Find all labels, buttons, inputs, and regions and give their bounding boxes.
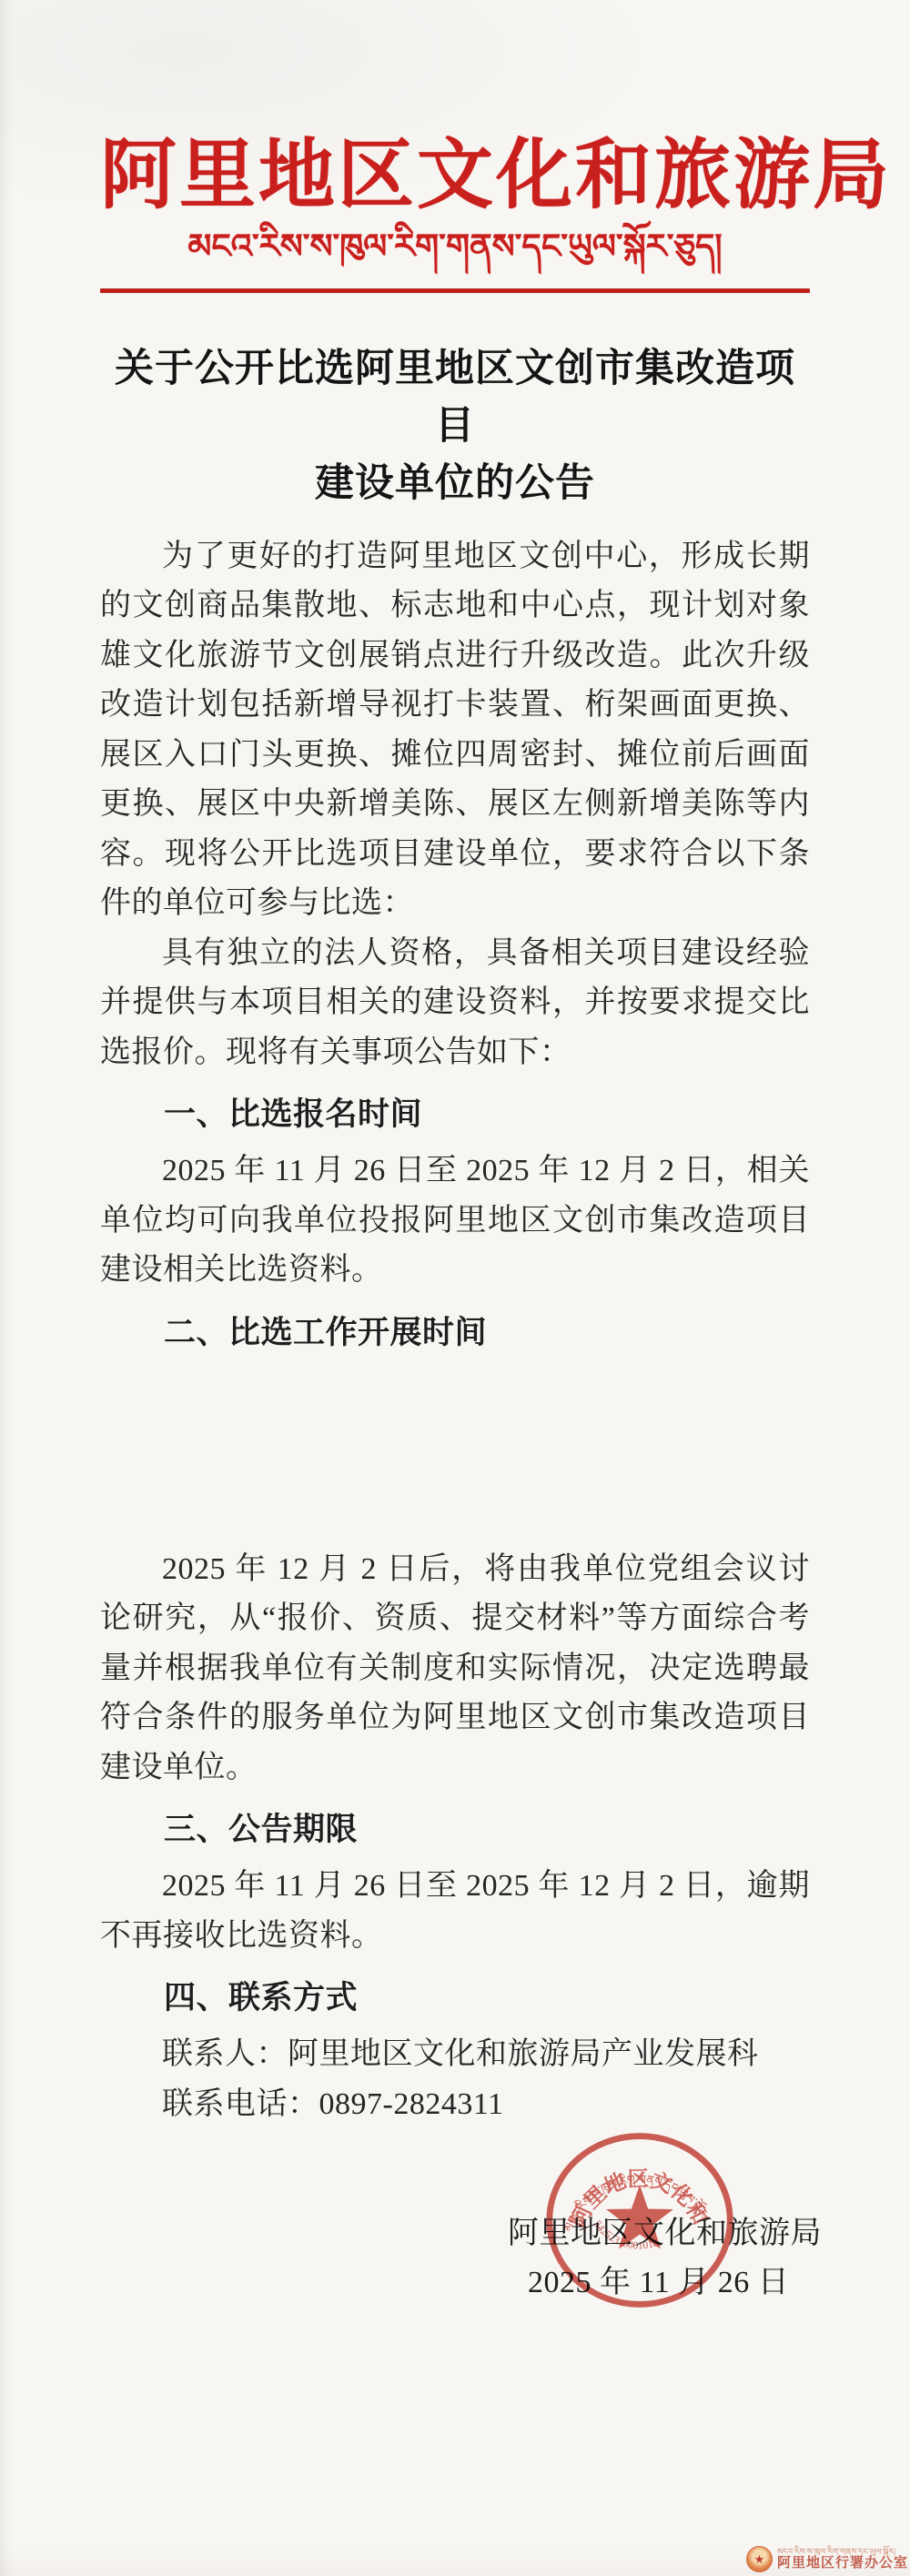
notice-title: 关于公开比选阿里地区文创市集改造项目 建设单位的公告 [100,340,810,512]
document-content: 阿里地区文化和旅游局 མངའ་རིས་ས་ཁུལ་རིག་གནས་དང་ཡུལ་… [100,0,810,2360]
notice-title-line2: 建设单位的公告 [100,455,810,512]
letterhead-divider-rule [100,288,810,293]
official-seal: མངའ་རིས་ས་ཁུལ་རིག་གནས་དང་ཡུལ་སྐོར 阿里地区文化… [542,2129,737,2311]
watermark-org-line: 阿里地区行署办公室 [777,2556,908,2571]
section-heading-1: 一、比选报名时间 [100,1090,810,1139]
letterhead-org-name: 阿里地区文化和旅游局 [100,0,810,221]
section-heading-3: 三、公告期限 [100,1805,810,1854]
intro-paragraph: 为了更好的打造阿里地区文创中心，形成长期的文创商品集散地、标志地和中心点，现计划… [100,532,810,929]
scanned-notice-page: 阿里地区文化和旅游局 མངའ་རིས་ས་ཁུལ་རིག་གནས་དང་ཡུལ་… [0,0,910,2576]
notice-title-line1: 关于公开比选阿里地区文创市集改造项目 [100,340,810,455]
section-heading-2: 二、比选工作开展时间 [100,1308,810,1358]
contact-phone-line: 联系电话：0897-2824311 [100,2080,810,2130]
watermark-text: མངའ་རིས་ས་ཁུལ་རིག་གནས་དང་ཡུལ་སྐོར། 阿里地区行… [777,2548,908,2571]
signature-block: 阿里地区文化和旅游局 2025 年 11 月 26 日 མངའ་རིས་ས་ཁུ… [100,2133,810,2360]
site-watermark: ★ མངའ་རིས་ས་ཁུལ་རིག་གནས་དང་ཡུལ་སྐོར། 阿里地… [746,2546,908,2572]
letterhead-tibetan-line: མངའ་རིས་ས་ཁུལ་རིག་གནས་དང་ཡུལ་སྐོར་ཅུད། [100,225,810,270]
emblem-icon: ★ [746,2546,773,2572]
section-paragraph: 2025 年 12 月 2 日后，将由我单位党组会议讨论研究，从“报价、资质、提… [100,1545,810,1793]
section-paragraph: 2025 年 11 月 26 日至 2025 年 12 月 2 日，相关单位均可… [100,1147,810,1296]
notice-body: 为了更好的打造阿里地区文创中心，形成长期的文创商品集散地、标志地和中心点，现计划… [100,532,810,2130]
section-heading-4: 四、联系方式 [100,1974,810,2023]
page-break-gap [100,1365,810,1545]
contact-person-line: 联系人：阿里地区文化和旅游局产业发展科 [100,2030,810,2080]
intro-paragraph: 具有独立的法人资格，具备相关项目建设经验并提供与本项目相关的建设资料，并按要求提… [100,929,810,1078]
section-paragraph: 2025 年 11 月 26 日至 2025 年 12 月 2 日，逾期不再接收… [100,1862,810,1961]
